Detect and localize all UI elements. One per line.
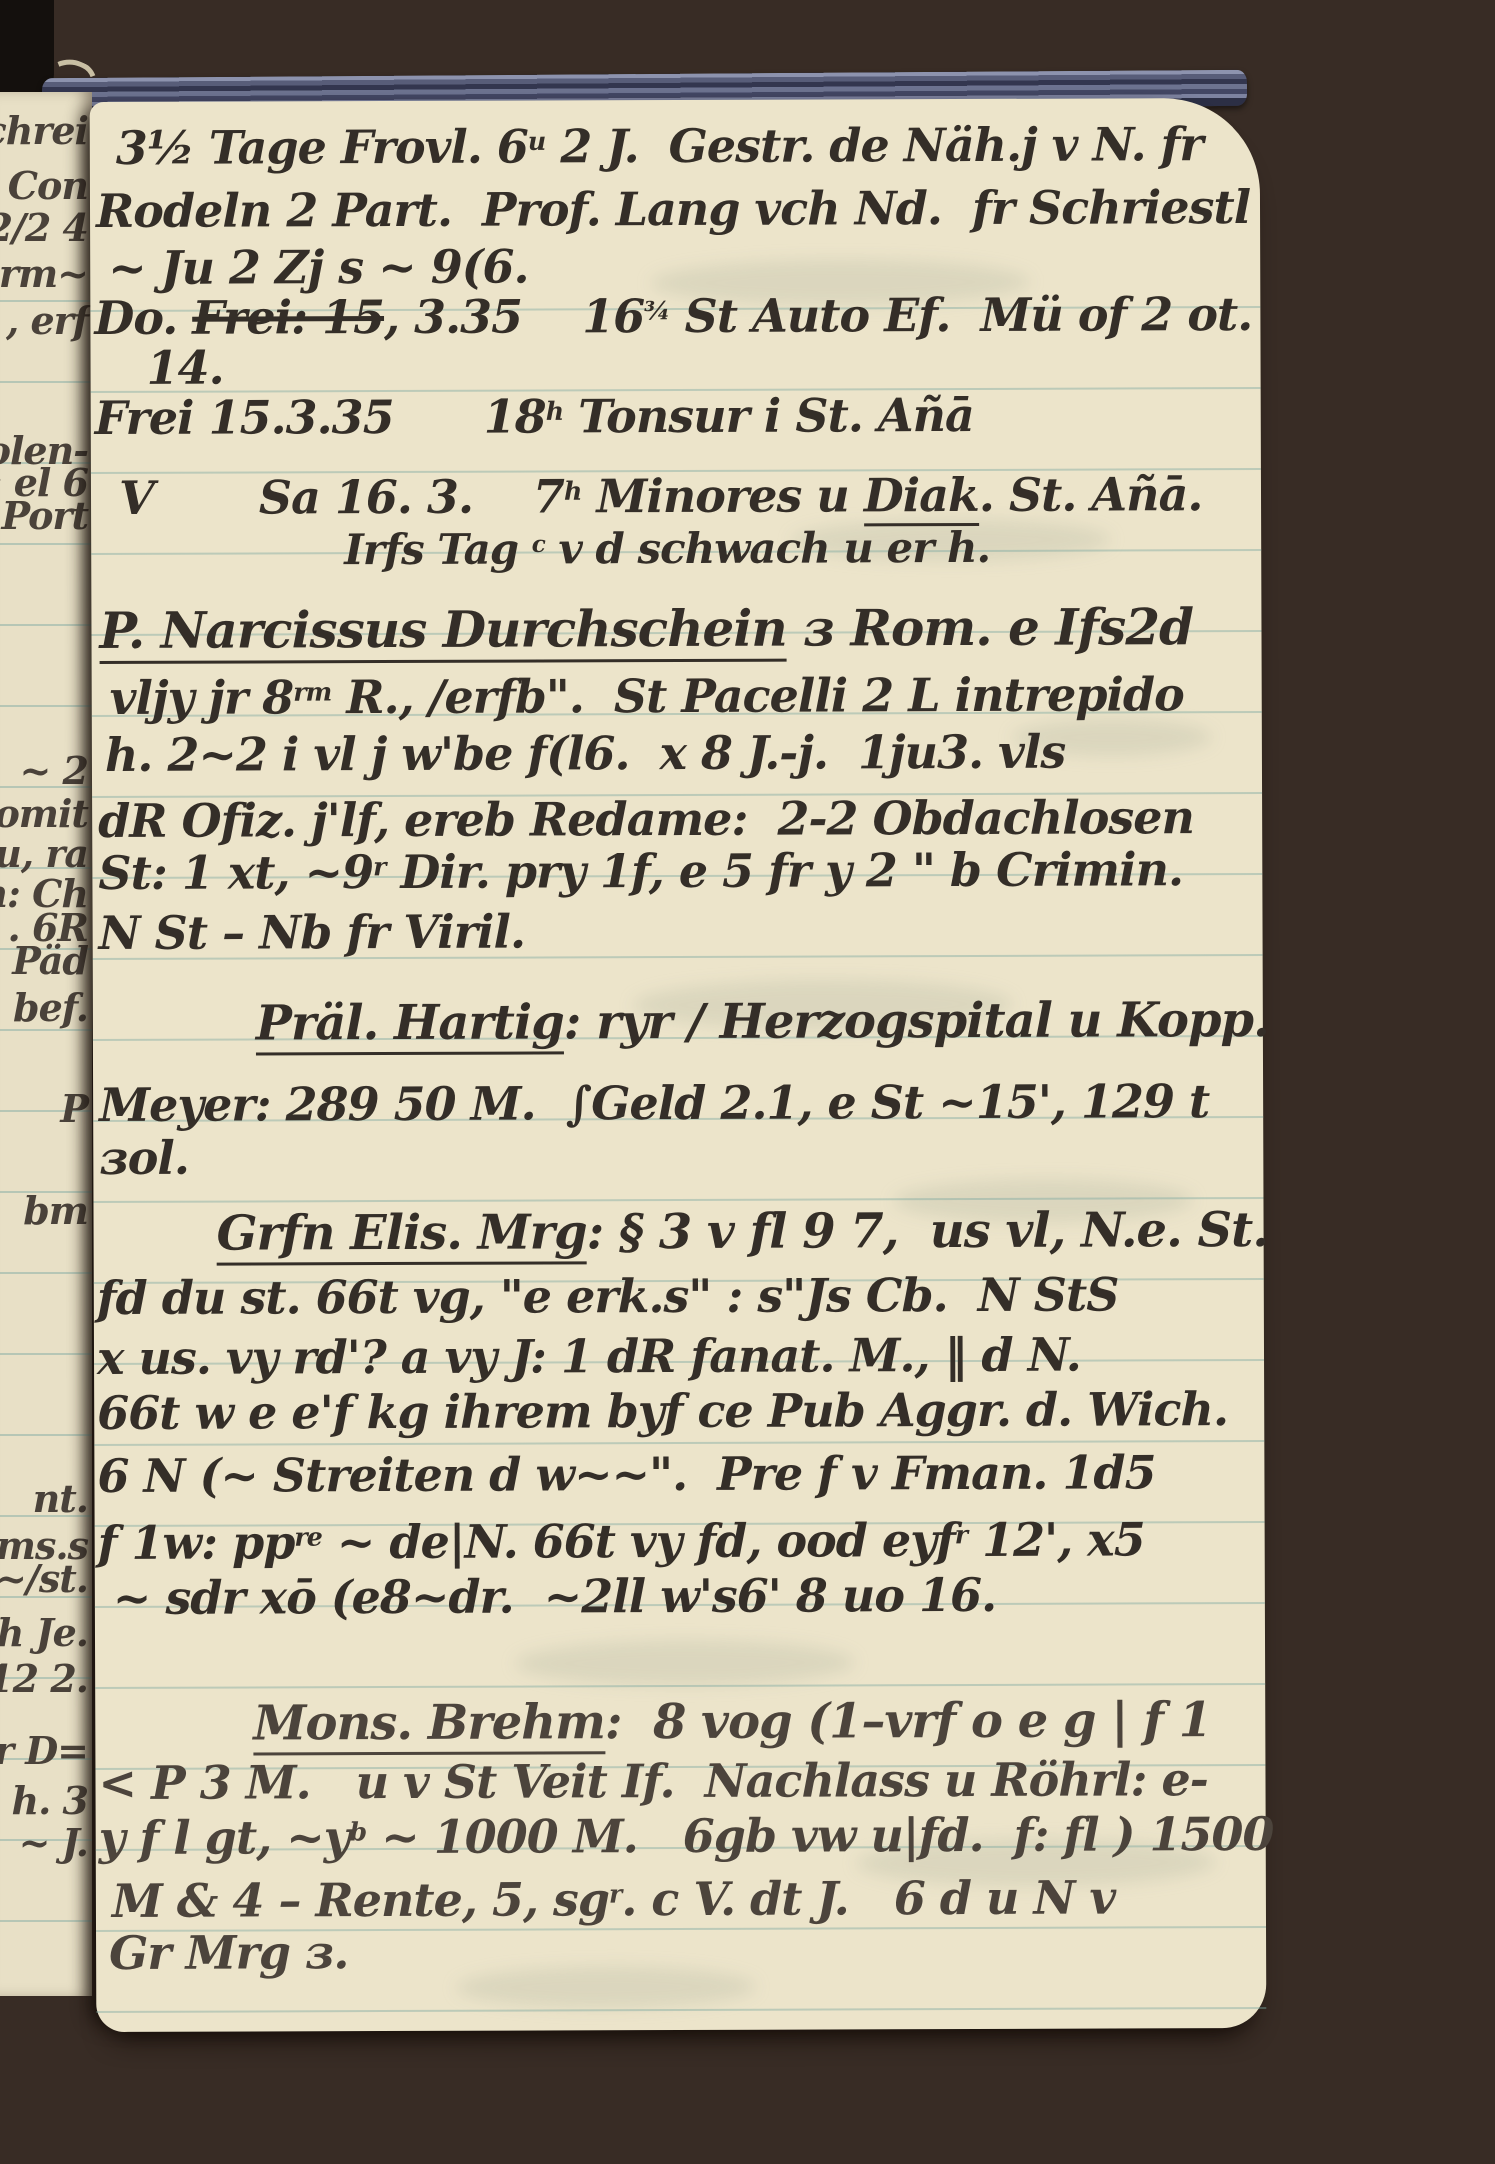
left-page-fragment: Schrei <box>0 108 88 153</box>
left-page-fragment: 1. bef. <box>0 985 88 1030</box>
handwritten-text: y f l gt, ~y <box>99 1810 350 1865</box>
left-page-fragment: u, ra <box>0 831 88 876</box>
manuscript-line: Frei 15.3.35 18h Tonsur i St. Añā <box>95 389 974 445</box>
underlined-text: Mons. Brehm <box>253 1694 605 1755</box>
handwritten-text: Meyer: 289 50 M. ∫Geld 2.1, e St ~15', 1… <box>99 1074 1209 1132</box>
handwritten-text: 2 J. Gestr. de Näh.j v N. fr <box>545 117 1203 173</box>
handwritten-text: 6 N (~ Streiten d w~~". Pre f v Fman. 1d… <box>97 1445 1155 1503</box>
handwritten-text: Tonsur i St. Añā <box>563 388 974 443</box>
handwritten-text: v d schwach u er h. <box>545 523 990 574</box>
left-page-fragment: bm <box>23 1188 88 1233</box>
manuscript-line: 3½ Tage Frovl. 6u 2 J. Gestr. de Näh.j v… <box>116 118 1203 175</box>
bleedthrough-mark <box>515 1639 855 1686</box>
ruled-line <box>0 1434 92 1436</box>
struck-text: Frei: 15 <box>192 290 384 345</box>
handwritten-text: Frei 15.3.35 18 <box>95 389 546 445</box>
manuscript-line: P. Narcissus Durchschein з Rom. e Ifs2d <box>99 598 1193 659</box>
left-page-fragment: e.r D= <box>0 1728 88 1773</box>
manuscript-line: Gr Mrg з. <box>109 1926 348 1980</box>
underlined-text: Präl. Hartig <box>256 994 564 1055</box>
handwritten-text: з Rom. e Ifs2d <box>787 597 1194 657</box>
left-page-fragment: prm~ <box>0 251 88 296</box>
left-page-fragment: ik. Con <box>0 163 88 208</box>
ruled-line <box>0 543 92 545</box>
manuscript-line: ~ Ju 2 Zj s ~ 9(6. <box>108 241 528 295</box>
handwritten-text: : 8 vog (1–vrf o e g | f 1 <box>605 1692 1211 1750</box>
left-page-fragment: 2~/st. <box>0 1556 88 1601</box>
manuscript-line: 14. <box>146 342 223 395</box>
ruled-line <box>96 2007 1266 2013</box>
handwritten-text: N St – Nb fr Viril. <box>98 905 525 960</box>
left-page-fragment: Päd <box>12 938 88 983</box>
handwritten-text: h. 2~2 i vl j w'be f(l6. x 8 J.-j. 1ju3.… <box>105 725 1065 782</box>
handwritten-text: h <box>546 396 564 426</box>
handwritten-text: < P 3 M. u v St Veit If. Nachlass u Röhr… <box>98 1752 1207 1810</box>
manuscript-line: Rodeln 2 Part. Prof. Lang vch Nd. fr Sch… <box>96 181 1250 238</box>
handwritten-text: vljy jr 8 <box>110 670 294 725</box>
handwritten-text: St: 1 xt, ~9 <box>98 845 373 900</box>
handwritten-text: re <box>294 1522 322 1552</box>
handwritten-text: . St. Añā. <box>979 467 1203 522</box>
manuscript-line: Do. Frei: 15, 3.35 16¾ St Auto Ef. Mü of… <box>94 288 1252 345</box>
underlined-text: Grfn Elis. Mrg <box>216 1204 586 1265</box>
manuscript-line: Mons. Brehm: 8 vog (1–vrf o e g | f 1 <box>253 1693 1211 1752</box>
left-page-fragment: P <box>60 1086 88 1131</box>
handwritten-text: c <box>532 531 545 558</box>
bleedthrough-mark <box>456 1966 756 2009</box>
left-page-fragment: ~ Port <box>0 493 88 538</box>
manuscript-line: Grfn Elis. Mrg: § 3 v fl 9 7, us vl, N.e… <box>216 1203 1268 1262</box>
manuscript-line: Meyer: 289 50 M. ∫Geld 2.1, e St ~15', 1… <box>99 1075 1209 1132</box>
underlined-text: P. Narcissus Durchschein <box>99 599 786 664</box>
manuscript-line: ~ sdr xō (e8~dr. ~2ll w's6' 8 uo 16. <box>113 1569 996 1625</box>
left-page-fragment: , erf <box>6 298 88 343</box>
handwritten-text: M & 4 – Rente, 5, sg <box>112 1872 609 1928</box>
left-page-fragment: h Je. <box>0 1610 88 1655</box>
manuscript-line: Irfs Tag c v d schwach u er h. <box>344 524 990 575</box>
handwritten-text: V Sa 16. 3. 7 <box>119 469 564 525</box>
manuscript-line: h. 2~2 i vl j w'be f(l6. x 8 J.-j. 1ju3.… <box>105 726 1065 782</box>
ruled-line <box>0 624 92 626</box>
manuscript-line: dR Ofiz. j'lf, ereb Redame: 2-2 Obdachlo… <box>98 791 1194 848</box>
handwritten-text: Gr Mrg з. <box>109 1925 348 1980</box>
handwritten-text: 14. <box>146 341 223 395</box>
diary-page: 3½ Tage Frovl. 6u 2 J. Gestr. de Näh.j v… <box>90 98 1267 2032</box>
manuscript-line: f 1w: ppre ~ de|N. 66t vy fd, ood eyfr 1… <box>98 1513 1145 1570</box>
left-page-fragment: h. 3 <box>11 1778 88 1823</box>
manuscript-line: < P 3 M. u v St Veit If. Nachlass u Röhr… <box>98 1753 1207 1810</box>
previous-page-sliver: Schreiik. Con, 2/2 4prm~, erfolen-: el 6… <box>0 92 92 1996</box>
handwritten-text: Dir. pry 1f, e 5 fr y 2 " b Crimin. <box>385 842 1183 899</box>
handwritten-text: , 3.35 16 <box>384 289 644 344</box>
manuscript-line: 6 N (~ Streiten d w~~". Pre f v Fman. 1d… <box>97 1446 1155 1503</box>
manuscript-line: N St – Nb fr Viril. <box>98 906 525 960</box>
handwritten-text: r <box>373 851 385 881</box>
handwritten-text: 3½ Tage Frovl. 6 <box>116 120 528 175</box>
handwritten-text: 12', x5 <box>967 1512 1145 1567</box>
handwritten-text: f 1w: pp <box>98 1515 295 1570</box>
notebook-photo: Schreiik. Con, 2/2 4prm~, erfolen-: el 6… <box>0 0 1495 2164</box>
handwritten-text: ¾ <box>644 295 669 325</box>
manuscript-line: V Sa 16. 3. 7h Minores u Diak. St. Añā. <box>119 468 1203 525</box>
manuscript-line: 66t w e e'f kg ihrem byf ce Pub Aggr. d.… <box>97 1383 1228 1440</box>
manuscript-line: y f l gt, ~yb ~ 1000 M. 6gb vw u|fd. f: … <box>99 1808 1274 1865</box>
left-page-fragment: ~ J. <box>19 1820 88 1865</box>
handwritten-text: 66t w e e'f kg ihrem byf ce Pub Aggr. d.… <box>97 1382 1228 1440</box>
handwritten-text: : ryr / Herzogspital u Kopp. <box>564 992 1269 1050</box>
handwritten-text: h <box>564 476 582 506</box>
handwritten-text: Do. <box>94 291 192 345</box>
manuscript-line: vljy jr 8rm R., /erfb". St Pacelli 2 L i… <box>110 668 1184 725</box>
ruled-line <box>0 1353 92 1355</box>
handwritten-text: ~ Ju 2 Zj s ~ 9(6. <box>108 240 528 295</box>
ruled-line <box>0 1272 92 1274</box>
handwritten-text: r <box>609 1879 621 1909</box>
ruled-line <box>0 705 92 707</box>
handwritten-text: : § 3 v fl 9 7, us vl, N.e. St. <box>587 1202 1269 1260</box>
handwritten-text: b <box>349 1816 366 1846</box>
underlined-text: Diak <box>864 468 979 526</box>
handwritten-text: R., /erfb". St Pacelli 2 L intrepido <box>331 667 1184 724</box>
handwritten-text: St Auto Ef. Mü of 2 ot. <box>669 287 1252 343</box>
handwritten-text: . c V. dt J. 6 d u N v <box>621 1870 1115 1926</box>
left-page-fragment: ~ 2 <box>19 748 88 793</box>
handwritten-text: ~ de|N. 66t vy fd, ood eyf <box>322 1513 955 1569</box>
handwritten-text: ~ sdr xō (e8~dr. ~2ll w's6' 8 uo 16. <box>113 1568 996 1625</box>
left-page-fragment: 12 2. <box>0 1656 88 1701</box>
handwritten-text: fd du st. 66t vg, "e erk.s" : s"Js Cb. N… <box>97 1267 1119 1325</box>
manuscript-line: Präl. Hartig: ryr / Herzogspital u Kopp. <box>256 993 1269 1052</box>
manuscript-line: M & 4 – Rente, 5, sgr. c V. dt J. 6 d u … <box>112 1871 1115 1927</box>
handwritten-text: зol. <box>99 1131 189 1185</box>
ruled-line <box>0 1920 92 1922</box>
handwritten-text: u <box>528 126 546 156</box>
manuscript-line: fd du st. 66t vg, "e erk.s" : s"Js Cb. N… <box>97 1268 1119 1324</box>
ruled-line <box>0 381 92 383</box>
manuscript-line: x us. vy rd'? a vy J: 1 dR fanat. M., ‖ … <box>97 1329 1081 1385</box>
handwritten-text: x us. vy rd'? a vy J: 1 dR fanat. M., ‖ … <box>97 1328 1081 1385</box>
handwritten-text: r <box>955 1519 967 1549</box>
manuscript-line: St: 1 xt, ~9r Dir. pry 1f, e 5 fr y 2 " … <box>98 843 1183 900</box>
handwritten-text: Rodeln 2 Part. Prof. Lang vch Nd. fr Sch… <box>96 180 1250 238</box>
manuscript-line: зol. <box>99 1132 189 1185</box>
handwritten-text: Minores u <box>581 468 864 523</box>
left-page-fragment: , 2/2 4 <box>0 205 88 250</box>
handwritten-text: Irfs Tag <box>344 525 532 575</box>
handwritten-text: ~ 1000 M. 6gb vw u|fd. f: fl ) 1500 <box>366 1807 1274 1864</box>
left-page-fragment: nt. <box>33 1476 88 1521</box>
left-page-fragment: Comit <box>0 791 88 836</box>
handwritten-text: rm <box>293 677 331 707</box>
handwritten-text: dR Ofiz. j'lf, ereb Redame: 2-2 Obdachlo… <box>98 790 1194 848</box>
